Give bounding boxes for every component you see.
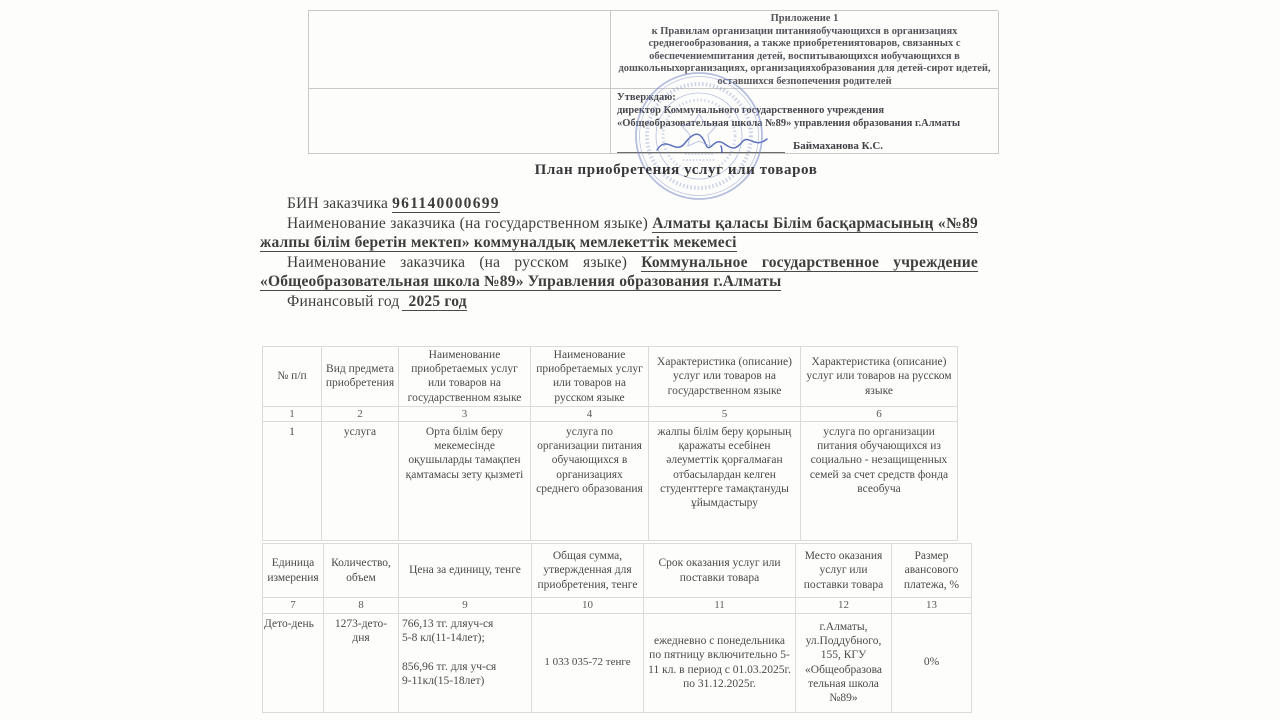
table1-data-cell: услуга по организации питания обучающихс… bbox=[801, 422, 958, 541]
table1-header-row: № п/п Вид предмета приобретения Наименов… bbox=[263, 347, 958, 407]
table1-header-cell: Характеристика (описание) услуг или това… bbox=[801, 347, 958, 407]
procurement-terms-table: Единица измерения Количество, объем Цена… bbox=[262, 543, 972, 713]
table1-data-row: 1 услуга Орта білім беру мекемесінде оқу… bbox=[263, 422, 958, 541]
table2-colnum-cell: 7 bbox=[263, 598, 324, 614]
table2-data-cell-unit-price: 766,13 тг. дляуч-ся 5-8 кл(11-14лет); 85… bbox=[399, 614, 532, 713]
document-fields: БИН заказчика 961140000699 Наименование … bbox=[260, 194, 978, 312]
table1-colnum-cell: 4 bbox=[531, 406, 649, 421]
table2-header-cell: Место оказания услуг или поставки товара bbox=[796, 544, 892, 598]
table1-colnum-cell: 3 bbox=[399, 406, 531, 421]
table1-colnum-cell: 2 bbox=[322, 406, 399, 421]
table2-data-cell-service-place: г.Алматы, ул.Поддубного, 155, КГУ «Общео… bbox=[796, 614, 892, 713]
table2-header-cell: Цена за единицу, тенге bbox=[399, 544, 532, 598]
fiscal-year-label: Финансовый год bbox=[287, 293, 400, 310]
approval-label: Утверждаю: bbox=[617, 91, 992, 104]
table2-data-cell-unit: Дето-день bbox=[263, 614, 324, 713]
table2-header-cell: Единица измерения bbox=[263, 544, 324, 598]
table1-column-number-row: 1 2 3 4 5 6 bbox=[263, 406, 958, 421]
header-empty-cell-bottom bbox=[309, 89, 611, 154]
table1-colnum-cell: 1 bbox=[263, 406, 322, 421]
table2-colnum-cell: 10 bbox=[532, 598, 644, 614]
table1-header-cell: Вид предмета приобретения bbox=[322, 347, 399, 407]
customer-name-kz-label: Наименование заказчика (на государственн… bbox=[287, 215, 648, 232]
procurement-items-table: № п/п Вид предмета приобретения Наименов… bbox=[262, 346, 958, 541]
document-title: План приобретения услуг или товаров bbox=[336, 162, 1016, 179]
signatory-name: Баймаханова К.С. bbox=[793, 140, 883, 153]
annex-body: к Правилам организации питанияобучающихс… bbox=[617, 26, 992, 89]
table1-data-cell: Орта білім беру мекемесінде оқушыларды т… bbox=[399, 422, 531, 541]
signature-icon bbox=[651, 132, 771, 154]
table2-colnum-cell: 13 bbox=[892, 598, 972, 614]
document-page: Приложение 1 к Правилам организации пита… bbox=[0, 0, 1280, 720]
table2-colnum-cell: 11 bbox=[644, 598, 796, 614]
customer-name-kz-line: Наименование заказчика (на государственн… bbox=[260, 214, 978, 253]
bin-label: БИН заказчика bbox=[287, 195, 388, 212]
table1-header-cell: Характеристика (описание) услуг или това… bbox=[649, 347, 801, 407]
table1-data-cell: услуга bbox=[322, 422, 399, 541]
customer-name-ru-label: Наименование заказчика (на русском языке… bbox=[287, 254, 627, 271]
table2-header-row: Единица измерения Количество, объем Цена… bbox=[263, 544, 972, 598]
table2-data-cell-quantity: 1273-дето-дня bbox=[324, 614, 399, 713]
header-table: Приложение 1 к Правилам организации пита… bbox=[308, 10, 998, 154]
customer-name-ru-line: Наименование заказчика (на русском языке… bbox=[260, 253, 978, 292]
table1-data-cell: услуга по организации питания обучающихс… bbox=[531, 422, 649, 541]
table2-data-cell-advance-payment: 0% bbox=[892, 614, 972, 713]
signature-line bbox=[617, 139, 785, 153]
table2-colnum-cell: 12 bbox=[796, 598, 892, 614]
header-empty-cell-top bbox=[309, 11, 611, 89]
table1-data-cell: жалпы білім беру қорының қаражаты есебін… bbox=[649, 422, 801, 541]
table2-colnum-cell: 8 bbox=[324, 598, 399, 614]
annex-note: Приложение 1 к Правилам организации пита… bbox=[611, 11, 999, 89]
approval-body: директор Коммунального государственного … bbox=[617, 104, 969, 130]
table2-data-row: Дето-день 1273-дето-дня 766,13 тг. дляуч… bbox=[263, 614, 972, 713]
table1-colnum-cell: 5 bbox=[649, 406, 801, 421]
table2-header-cell: Количество, объем bbox=[324, 544, 399, 598]
table2-header-cell: Размер авансового платежа, % bbox=[892, 544, 972, 598]
annex-title: Приложение 1 bbox=[617, 13, 992, 26]
table2-colnum-cell: 9 bbox=[399, 598, 532, 614]
approval-block: Утверждаю: директор Коммунального госуда… bbox=[611, 89, 999, 154]
table1-header-cell: Наименование приобретаемых услуг или тов… bbox=[531, 347, 649, 407]
table2-data-cell-service-period: ежедневно с понедельника по пятницу вклю… bbox=[644, 614, 796, 713]
bin-line: БИН заказчика 961140000699 bbox=[260, 194, 978, 214]
table2-data-cell-total-sum: 1 033 035-72 тенге bbox=[532, 614, 644, 713]
table2-header-cell: Общая сумма, утвержденная для приобретен… bbox=[532, 544, 644, 598]
signature-row: Баймаханова К.С. bbox=[617, 139, 992, 153]
bin-value: 961140000699 bbox=[392, 195, 500, 213]
fiscal-year-value: 2025 год bbox=[402, 293, 467, 311]
table1-colnum-cell: 6 bbox=[801, 406, 958, 421]
fiscal-year-line: Финансовый год2025 год bbox=[260, 292, 978, 312]
table1-header-cell: Наименование приобретаемых услуг или тов… bbox=[399, 347, 531, 407]
table2-column-number-row: 7 8 9 10 11 12 13 bbox=[263, 598, 972, 614]
table2-header-cell: Срок оказания услуг или поставки товара bbox=[644, 544, 796, 598]
table1-data-cell: 1 bbox=[263, 422, 322, 541]
table1-header-cell: № п/п bbox=[263, 347, 322, 407]
